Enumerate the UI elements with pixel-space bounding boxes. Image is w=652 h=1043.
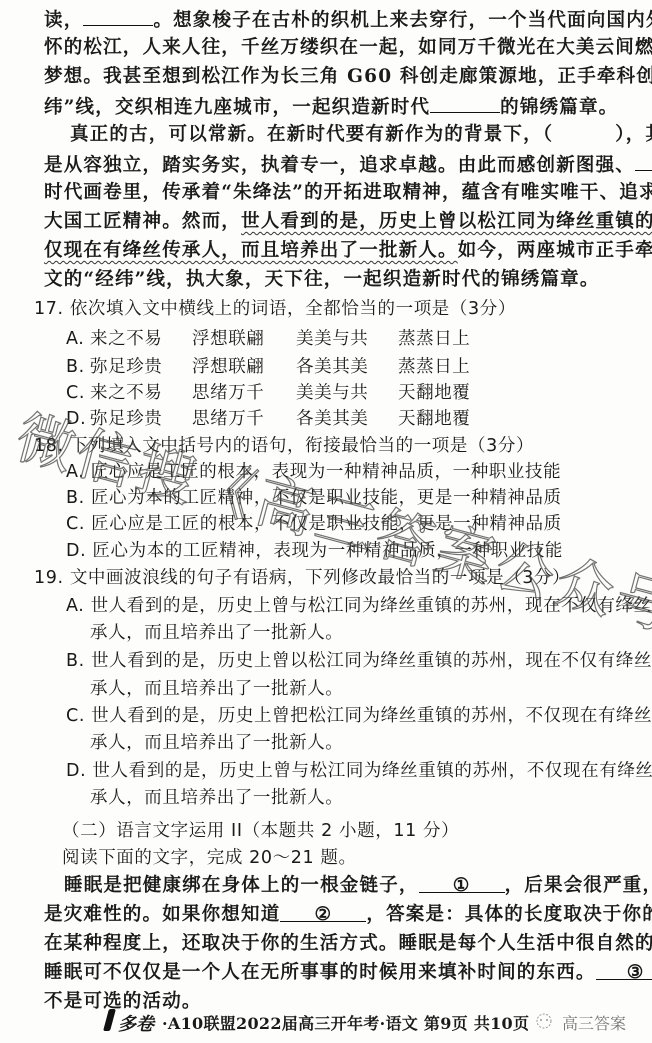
option-text: 世人看到的是，历史上曾把松江同为绛丝重镇的苏州，不仅现在有绛丝传: [91, 706, 652, 726]
option-text: 匠心为本的工匠精神，不仅是职业技能，更是一种精神品质: [91, 488, 562, 508]
option-word: 天翻地覆: [398, 407, 470, 431]
option-text: 世人看到的是，历史上曾与松江同为绛丝重镇的苏州，不仅现在有绛丝传: [92, 761, 652, 781]
numbered-blank-2: ②: [280, 903, 366, 922]
question-stem: 文中画波浪线的句子有语病，下列修改最恰当的一项是（3分）: [70, 568, 570, 588]
brand-name: 多卷: [118, 1010, 154, 1036]
option-text: 匠心应是工匠的根本，表现为一种精神品质，一种职业技能: [91, 462, 562, 482]
question-18-option-b[interactable]: B. 匠心为本的工匠精神，不仅是职业技能，更是一种精神品质: [66, 486, 626, 510]
footer-page-info: ·A10联盟2022届高三开年考·语文 第9页 共10页: [162, 1011, 529, 1034]
fill-blank: [430, 94, 500, 113]
option-word: 各美其美: [296, 407, 398, 431]
option-word: 美美与共: [296, 381, 398, 405]
text: 的锦绣篇章。: [500, 97, 618, 118]
text: 。想象梭子在古朴的织机上来去穿行，一个当代面向国内外敞开胸: [153, 10, 652, 31]
section2-p-line-4: 睡眠可不仅仅是一个人在无所事事的时候用来填补时间的东西。③，而: [44, 961, 626, 985]
option-label: A.: [66, 596, 84, 616]
option-text: 匠心应是工匠的根本，不仅是职业技能，更是一种精神品质: [91, 514, 562, 534]
option-word: 来之不易: [90, 327, 192, 351]
question-19-stem: 19. 文中画波浪线的句子有语病，下列修改最恰当的一项是（3分）: [34, 566, 626, 590]
section2-p-line-2: 是灾难性的。如果你想知道②，答案是：具体的长度取决于你的年龄，: [44, 903, 626, 927]
question-number: 19.: [34, 568, 64, 588]
text: ，后果会很严重，甚至: [505, 875, 652, 896]
passage-p2-line-5: 仅现在有绛丝传承人，而且培养出了一批新人。如今，两座城市正手牵科创与人: [44, 239, 626, 263]
question-number: 18.: [34, 436, 64, 456]
option-word: 蒸蒸日上: [398, 327, 470, 351]
passage-line-4: 纬”线，交织相连九座城市，一起织造新时代的锦绣篇章。: [44, 94, 626, 120]
question-stem: 依次填入文中横线上的词语，全都恰当的一项是（3分）: [70, 299, 516, 319]
text: ），其内涵: [615, 124, 652, 145]
question-18-stem: 18. 下列填入文中括号内的语句，衔接最恰当的一项是（3分）: [34, 434, 626, 458]
passage-line-1: 读，。想象梭子在古朴的织机上来去穿行，一个当代面向国内外敞开胸: [44, 7, 626, 33]
question-17-option-d[interactable]: D.弥足珍贵思绪万千各美其美天翻地覆: [66, 407, 626, 431]
text: 大国工匠精神。然而，: [44, 211, 241, 232]
question-18-option-d[interactable]: D. 匠心为本的工匠精神，表现为一种精神品质，一种职业技能: [66, 539, 626, 563]
passage-p2-line-6: 文的“经纬”线，执大象，天下往，一起织造新时代的锦绣篇章。: [44, 268, 626, 292]
wavy-underlined-sentence: 仅现在有绛丝传承人，而且培养出了一批新人。: [44, 240, 458, 261]
option-text: 世人看到的是，历史上曾与松江同为绛丝重镇的苏州，现在不仅有绛丝传: [91, 596, 652, 616]
option-label: A.: [66, 462, 84, 482]
exam-page: 读，。想象梭子在古朴的织机上来去穿行，一个当代面向国内外敞开胸 怀的松江，人来人…: [0, 0, 652, 1043]
question-18-option-c[interactable]: C. 匠心应是工匠的根本，不仅是职业技能，更是一种精神品质: [66, 512, 626, 536]
question-17-stem: 17. 依次填入文中横线上的词语，全都恰当的一项是（3分）: [34, 297, 626, 321]
text: 纬”线，交织相连九座城市，一起织造新时代: [44, 97, 430, 118]
question-stem: 下列填入文中括号内的语句，衔接最恰当的一项是（3分）: [70, 436, 534, 456]
option-word: 蒸蒸日上: [398, 355, 470, 379]
passage-p2-line-3: 时代画卷里，传承着“朱绛法”的开拓进取精神，蕴含有唯实唯干、追求完美的: [44, 181, 626, 205]
question-18-option-a[interactable]: A. 匠心应是工匠的根本，表现为一种精神品质，一种职业技能: [66, 460, 626, 484]
fill-blank: [635, 152, 652, 171]
question-19-option-a[interactable]: A. 世人看到的是，历史上曾与松江同为绛丝重镇的苏州，现在不仅有绛丝传: [66, 594, 626, 618]
text: 读，: [44, 10, 83, 31]
text: 睡眠是把健康绑在身体上的一根金链子，: [64, 875, 419, 896]
text: 是从容独立，踏实务实，执着专一，追求卓越。由此而感创新图强、: [44, 155, 635, 176]
option-word: 浮想联翩: [192, 355, 296, 379]
text: ，答案是：具体的长度取决于你的年龄，: [366, 904, 652, 925]
option-label: D.: [66, 407, 90, 431]
option-label: D.: [66, 541, 86, 561]
wechat-account-name: 高三答案: [562, 1011, 626, 1034]
passage-p2-line-4: 大国工匠精神。然而，世人看到的是，历史上曾以松江同为绛丝重镇的苏州，不: [44, 210, 626, 234]
option-label: A.: [66, 327, 90, 351]
question-19-option-b[interactable]: B. 世人看到的是，历史上曾以松江同为绛丝重镇的苏州，现在不仅有绛丝传: [66, 649, 626, 673]
question-17-option-a[interactable]: A.来之不易浮想联翩美美与共蒸蒸日上: [66, 327, 626, 351]
numbered-blank-1: ①: [419, 874, 505, 893]
question-19-option-a-cont: 承人，而且培养出了一批新人。: [90, 621, 626, 645]
option-label: B.: [66, 355, 90, 379]
brand-logo-icon: [103, 1009, 116, 1031]
option-label: B.: [66, 651, 85, 671]
option-word: 弥足珍贵: [90, 355, 192, 379]
passage-line-3: 梦想。我甚至想到松江作为长三角 G60 科创走廊策源地，正手牵科创与人文的“经: [44, 65, 626, 89]
option-text: 世人看到的是，历史上曾以松江同为绛丝重镇的苏州，现在不仅有绛丝传: [91, 651, 652, 671]
option-label: B.: [66, 488, 85, 508]
page-footer: 多卷 ·A10联盟2022届高三开年考·语文 第9页 共10页 高三答案: [0, 1007, 652, 1037]
text: 如今，两座城市正手牵科创与人: [458, 240, 652, 261]
passage-line-2: 怀的松江，人来人往，千丝万缕织在一起，如同万千微光在大美云间燃烧火红的: [44, 36, 626, 60]
wechat-official-account-icon: [533, 1011, 555, 1031]
numbered-blank-3: ③: [596, 961, 652, 980]
option-label: D.: [66, 761, 86, 781]
section-instruction: 阅读下面的文字，完成 20～21 题。: [62, 846, 626, 870]
question-19-option-c-cont: 承人，而且培养出了一批新人。: [90, 731, 626, 755]
option-word: 天翻地覆: [398, 381, 470, 405]
text: 是灾难性的。如果你想知道: [44, 904, 280, 925]
option-label: C.: [66, 381, 90, 405]
section2-p-line-3: 在某种程度上，还取决于你的生活方式。睡眠是每个人生活中很自然的一部分。: [44, 932, 626, 956]
option-word: 美美与共: [296, 327, 398, 351]
option-word: 弥足珍贵: [90, 407, 192, 431]
option-label: C.: [66, 706, 85, 726]
option-word: 思绪万千: [192, 407, 296, 431]
passage-p2-line-1: 真正的古，可以常新。在新时代要有新作为的背景下，（），其内涵: [70, 123, 626, 147]
option-word: 来之不易: [90, 381, 192, 405]
section2-p-line-1: 睡眠是把健康绑在身体上的一根金链子，①，后果会很严重，甚至: [64, 874, 626, 898]
question-17-option-b[interactable]: B.弥足珍贵浮想联翩各美其美蒸蒸日上: [66, 355, 626, 379]
fill-blank: [83, 7, 153, 26]
question-19-option-d-cont: 承人，而且培养出了一批新人。: [90, 786, 626, 810]
option-word: 思绪万千: [192, 381, 296, 405]
option-text: 匠心为本的工匠精神，表现为一种精神品质，一种职业技能: [92, 541, 563, 561]
wavy-underlined-sentence: 世人看到的是，历史上曾以松江同为绛丝重镇的苏州，不: [241, 211, 652, 232]
question-19-option-c[interactable]: C. 世人看到的是，历史上曾把松江同为绛丝重镇的苏州，不仅现在有绛丝传: [66, 704, 626, 728]
question-19-option-b-cont: 承人，而且培养出了一批新人。: [90, 677, 626, 701]
option-label: C.: [66, 514, 85, 534]
question-number: 17.: [34, 299, 64, 319]
section-heading: （二）语言文字运用 II（本题共 2 小题，11 分）: [62, 819, 626, 843]
text: 睡眠可不仅仅是一个人在无所事事的时候用来填补时间的东西。: [44, 962, 596, 983]
text: 真正的古，可以常新。在新时代要有新作为的背景下，（: [70, 124, 553, 145]
question-19-option-d[interactable]: D. 世人看到的是，历史上曾与松江同为绛丝重镇的苏州，不仅现在有绛丝传: [66, 759, 626, 783]
option-word: 各美其美: [296, 355, 398, 379]
option-word: 浮想联翩: [192, 327, 296, 351]
question-17-option-c[interactable]: C.来之不易思绪万千美美与共天翻地覆: [66, 381, 626, 405]
passage-p2-line-2: 是从容独立，踏实务实，执着专一，追求卓越。由此而感创新图强、的: [44, 152, 626, 178]
